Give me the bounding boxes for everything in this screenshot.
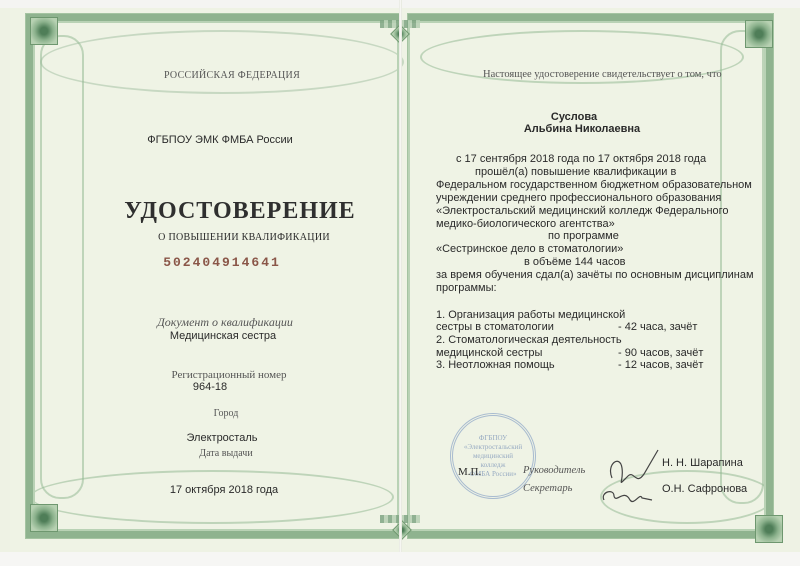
- country-label: РОССИЙСКАЯ ФЕДЕРАЦИЯ: [164, 70, 300, 81]
- exams-text: за время обучения сдал(а) зачёты по осно…: [436, 269, 754, 281]
- issue-date-value: 17 октября 2018 года: [170, 484, 278, 496]
- reg-number-label: Регистрационный номер: [171, 369, 286, 381]
- stamp-mark: М.П.: [458, 466, 481, 478]
- stamp-line: ФГБПОУ: [453, 434, 533, 443]
- serial-number: 502404914641: [163, 255, 281, 270]
- training-period: с 17 сентября 2018 года по 17 октября 20…: [456, 153, 706, 165]
- discipline-result: - 90 часов, зачёт: [618, 347, 703, 359]
- stamp-line: «Электростальский: [453, 443, 533, 452]
- document-title: УДОСТОВЕРЕНИЕ: [124, 198, 355, 225]
- intro-text: Настоящее удостоверение свидетельствует …: [483, 69, 722, 80]
- program-volume: в объёме 144 часов: [524, 256, 626, 268]
- reg-number-value: 964-18: [193, 381, 227, 393]
- signature-head: [600, 448, 660, 508]
- secretary-label: Секретарь: [523, 483, 572, 494]
- recipient-name: Альбина Николаевна: [524, 123, 640, 135]
- qualification-label: Документ о квалификации: [157, 315, 293, 330]
- city-label: Город: [214, 408, 239, 419]
- paper-edge: [0, 552, 800, 566]
- city-value: Электросталь: [187, 432, 258, 444]
- program-label: по программе: [548, 230, 619, 242]
- body-line: прошёл(а) повышение квалификации в: [475, 166, 676, 178]
- body-line: медико-биологического агентства»: [436, 218, 615, 230]
- discipline-line: 2. Стоматологическая деятельность: [436, 334, 622, 346]
- rosette-ornament: [30, 17, 58, 45]
- body-line: учреждении среднего профессионального об…: [436, 192, 721, 204]
- issue-date-label: Дата выдачи: [199, 448, 252, 459]
- program-name: «Сестринское дело в стоматологии»: [436, 243, 623, 255]
- document-subtitle: О ПОВЫШЕНИИ КВАЛИФИКАЦИИ: [158, 232, 330, 243]
- rosette-ornament: [755, 515, 783, 543]
- discipline-line: 1. Организация работы медицинской: [436, 309, 625, 321]
- discipline-line: сестры в стоматологии: [436, 321, 554, 333]
- qualification-value: Медицинская сестра: [170, 330, 276, 342]
- discipline-line: медицинской сестры: [436, 347, 542, 359]
- body-line: «Электростальский медицинский колледж Фе…: [436, 205, 729, 217]
- institution-short: ФГБПОУ ЭМК ФМБА России: [147, 134, 293, 146]
- exams-text: программы:: [436, 282, 497, 294]
- head-name: Н. Н. Шарапина: [662, 457, 743, 469]
- head-label: Руководитель: [523, 465, 585, 476]
- discipline-line: 3. Неотложная помощь: [436, 359, 555, 371]
- body-line: Федеральном государственном бюджетном об…: [436, 179, 752, 191]
- discipline-result: - 42 часа, зачёт: [618, 321, 697, 333]
- certificate-spread: РОССИЙСКАЯ ФЕДЕРАЦИЯ ФГБПОУ ЭМК ФМБА Рос…: [0, 0, 800, 566]
- stamp-line: медицинский: [453, 452, 533, 461]
- secretary-name: О.Н. Сафронова: [662, 483, 747, 495]
- decorative-frame-left: [26, 14, 399, 538]
- recipient-surname: Суслова: [551, 111, 597, 123]
- discipline-result: - 12 часов, зачёт: [618, 359, 703, 371]
- page-fold: [399, 0, 402, 566]
- rosette-ornament: [30, 504, 58, 532]
- rosette-ornament: [745, 20, 773, 48]
